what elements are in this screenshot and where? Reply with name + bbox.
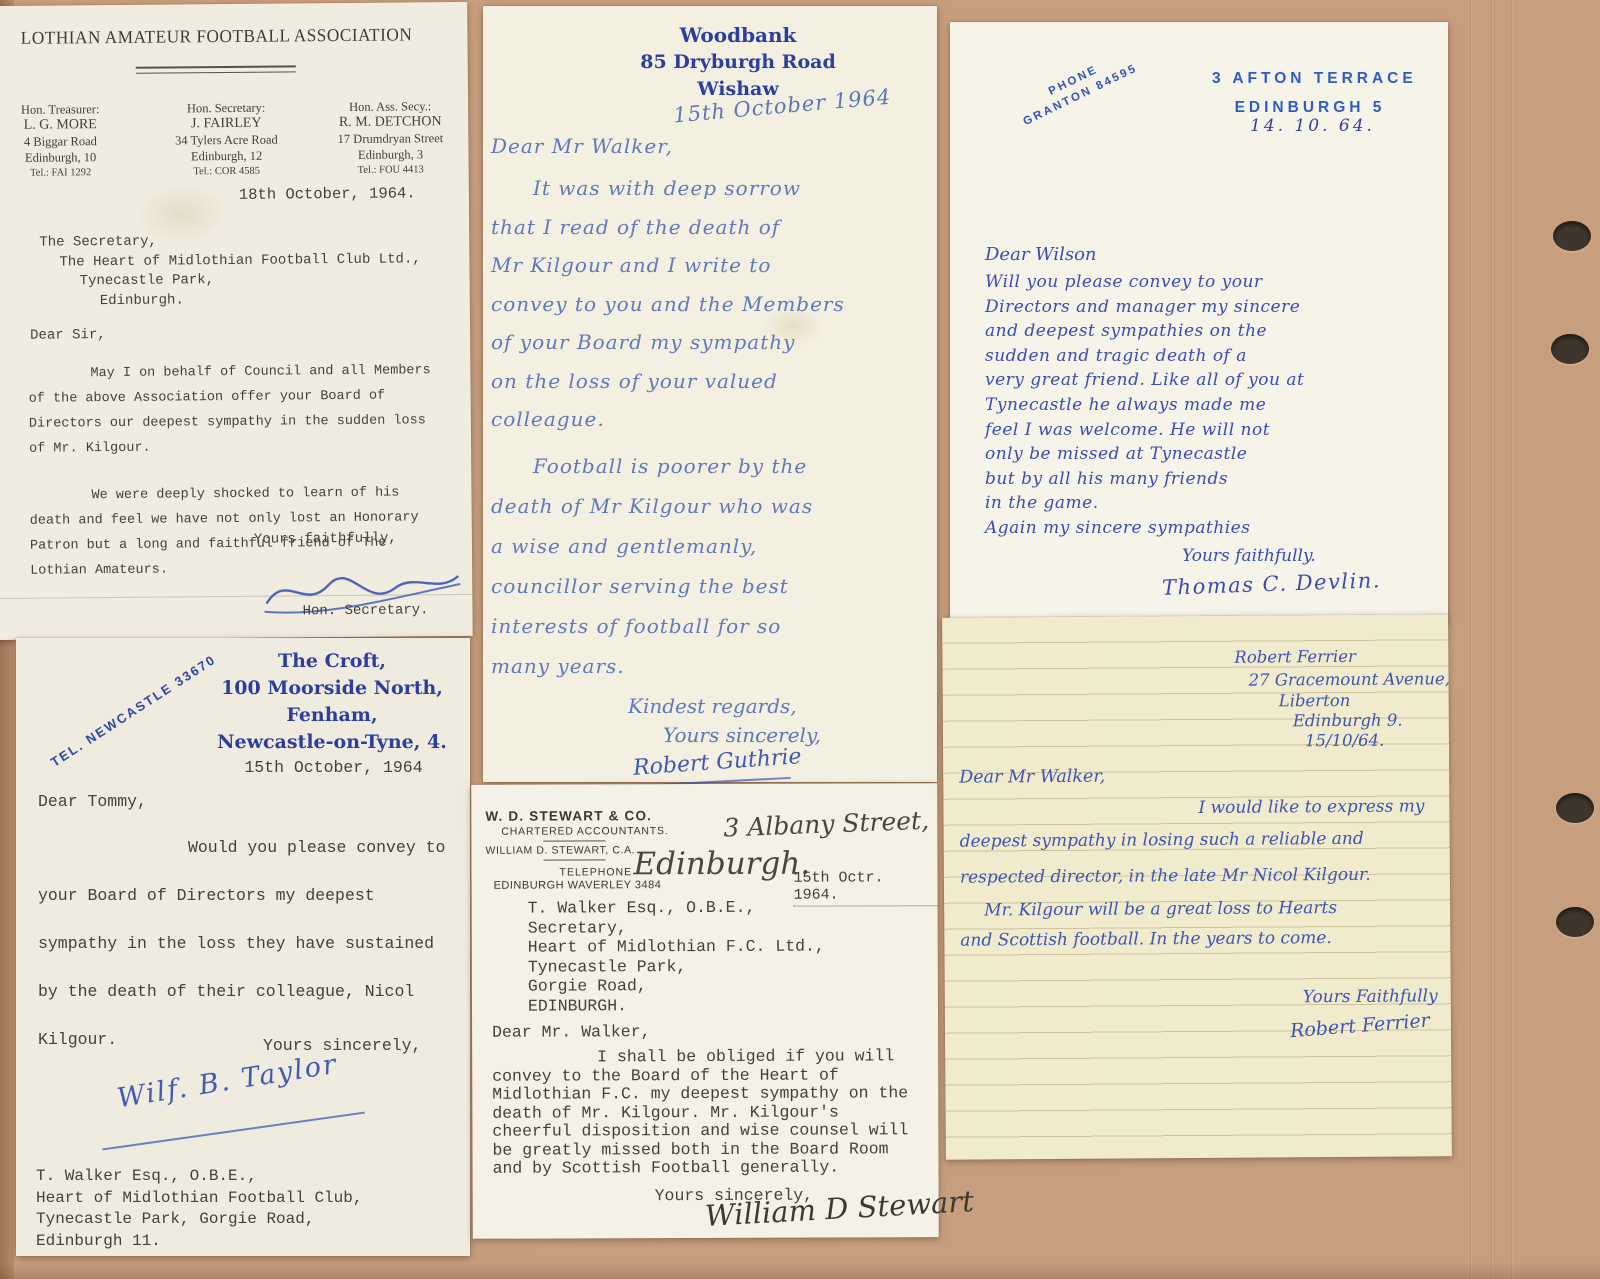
recipient-line: Edinburgh 11. [36, 1231, 362, 1253]
recipient-line: Secretary, [528, 917, 825, 938]
officer-address: Edinburgh, 10 [0, 149, 131, 166]
sender-line: Liberton [1235, 690, 1451, 712]
body-line: but by all his many friends [985, 469, 1304, 494]
salutation: Dear Mr Walker, [491, 134, 673, 158]
closing: Yours faithfully, [254, 531, 397, 548]
closing: Yours sincerely, [263, 1036, 421, 1055]
officer-address: Edinburgh, 3 [316, 146, 464, 163]
officer-role: Hon. Secretary: [136, 99, 316, 117]
body-line: Tynecastle he always made me [985, 395, 1304, 420]
salutation: Dear Mr Walker, [959, 767, 1105, 788]
salutation: Dear Tommy, [38, 792, 147, 811]
sender-address: The Croft, 100 Moorside North, Fenham, N… [198, 648, 466, 756]
closing: Yours Faithfully [1303, 986, 1438, 1007]
recipient-line: Tynecastle Park, Gorgie Road, [36, 1209, 362, 1231]
punch-hole [1551, 334, 1589, 364]
address-line: Fenham, [198, 702, 466, 729]
body-line: a wise and gentlemanly, [491, 534, 813, 574]
officer-role: Hon. Treasurer: [0, 101, 130, 118]
recipient-line: EDINBURGH. [528, 995, 825, 1016]
recipient-line: The Heart of Midlothian Football Club Lt… [39, 250, 420, 273]
body-line: on the loss of your valued [491, 369, 845, 408]
signature: Robert Guthrie [632, 744, 802, 781]
recipient-line: Heart of Midlothian F.C. Ltd., [528, 937, 825, 958]
principal-name: WILLIAM D. STEWART, C.A. [485, 844, 635, 857]
officer-secretary: Hon. Secretary: J. FAIRLEY 34 Tylers Acr… [136, 99, 317, 181]
recipient-address: The Secretary, The Heart of Midlothian F… [39, 230, 421, 311]
body-paragraph: It was with deep sorrow that I read of t… [491, 176, 845, 446]
salutation: Dear Wilson [985, 244, 1097, 265]
body-line: councillor serving the best [491, 574, 813, 614]
signature: Robert Ferrier [1289, 1010, 1430, 1043]
letter-date: 18th October, 1964. [239, 184, 416, 204]
recipient-line: Gorgie Road, [528, 976, 825, 997]
officer-telephone: Tel.: COR 4585 [137, 163, 317, 181]
letterhead-rule [543, 859, 605, 860]
body-line: colleague. [491, 407, 845, 446]
body-line: It was with deep sorrow [491, 176, 845, 215]
letterhead-title: LOTHIAN AMATEUR FOOTBALL ASSOCIATION [4, 24, 428, 49]
body-paragraph: Will you please convey to your Directors… [985, 272, 1304, 543]
firm-name: W. D. STEWART & CO. [485, 808, 652, 824]
signature: Thomas C. Devlin. [1162, 568, 1382, 600]
address-line: Woodbank [593, 22, 883, 49]
regards: Kindest regards, [628, 694, 797, 718]
body-line: interests of football for so [491, 614, 813, 654]
address-line: Newcastle-on-Tyne, 4. [198, 729, 466, 756]
body-line: Directors and manager my sincere [985, 297, 1304, 322]
body-paragraph: May I on behalf of Council and all Membe… [28, 358, 443, 462]
punch-hole [1556, 907, 1594, 937]
officer-telephone: Tel.: FOU 4413 [317, 162, 465, 179]
signature-flourish [102, 1112, 365, 1151]
officer-address: 4 Biggar Road [0, 133, 130, 150]
officer-address: Edinburgh, 12 [136, 147, 316, 165]
body-line: Again my sincere sympathies [985, 518, 1304, 543]
double-rule [136, 65, 296, 73]
phone-stamp-line: PHONE [994, 36, 1154, 125]
letterhead-address: 3 AFTON TERRACE EDINBURGH 5 [1212, 64, 1408, 122]
body-line: I would like to express my [1198, 796, 1424, 818]
body-line: very great friend. Like all of you at [985, 370, 1304, 395]
sender-line: Edinburgh 9. [1235, 710, 1451, 732]
address-line: 85 Dryburgh Road [593, 49, 883, 76]
letter-date: 14. 10. 64. [1250, 116, 1375, 136]
punch-hole [1553, 221, 1591, 251]
recipient-address: T. Walker Esq., O.B.E., Secretary, Heart… [528, 898, 825, 1016]
officer-address: 17 Drumdryan Street [316, 130, 464, 147]
address-line: 3 AFTON TERRACE [1212, 64, 1408, 93]
body-paragraph: I shall be obliged if you will convey to… [492, 1047, 920, 1178]
body-line: only be missed at Tynecastle [985, 444, 1304, 469]
punch-hole [1556, 793, 1594, 823]
signoff-role: Hon. Secretary. [302, 602, 428, 619]
closing: Yours faithfully. [1182, 546, 1316, 566]
page-bottom-shadow [0, 1263, 1600, 1279]
body-line: in the game. [985, 493, 1304, 518]
body-paragraph: Would you please convey to your Board of… [38, 824, 462, 1064]
page-crease [1491, 0, 1493, 1279]
sender-line: 27 Gracemount Avenue, [1234, 667, 1450, 692]
officer-name: L. G. MORE [0, 117, 130, 134]
body-line: feel I was welcome. He will not [985, 420, 1304, 445]
letter-afton: PHONE GRANTON 84595 3 AFTON TERRACE EDIN… [950, 22, 1448, 622]
sender-line: Robert Ferrier [1234, 644, 1450, 669]
body-line: Football is poorer by the [491, 454, 813, 494]
body-paragraph: Football is poorer by the death of Mr Ki… [491, 454, 813, 694]
sender-address: Robert Ferrier 27 Gracemount Avenue, Lib… [1234, 644, 1450, 752]
body-line: sudden and tragic death of a [985, 346, 1304, 371]
letter-lothian: LOTHIAN AMATEUR FOOTBALL ASSOCIATION Hon… [0, 2, 473, 640]
page-crease [1511, 0, 1513, 1279]
body-line: Mr. Kilgour will be a great loss to Hear… [984, 898, 1337, 920]
officer-name: R. M. DETCHON [316, 114, 464, 131]
letter-stewart: W. D. STEWART & CO. CHARTERED ACCOUNTANT… [471, 783, 939, 1239]
letterhead-city: Edinburgh. [633, 846, 810, 883]
officer-address: 34 Tylers Acre Road [136, 131, 316, 149]
telephone-label: TELEPHONE [559, 866, 632, 878]
letter-ferrier: Robert Ferrier 27 Gracemount Avenue, Lib… [942, 614, 1452, 1160]
officer-name: J. FAIRLEY [136, 115, 316, 133]
body-line: many years. [491, 654, 813, 694]
body-line: and Scottish football. In the years to c… [960, 928, 1332, 951]
body-line: that I read of the death of [491, 215, 845, 254]
letterhead-rule [543, 840, 605, 841]
phone-stamp: PHONE GRANTON 84595 [994, 36, 1161, 139]
salutation: Dear Mr. Walker, [492, 1022, 651, 1042]
body-line: respected director, in the late Mr Nicol… [960, 865, 1371, 888]
address-line: The Croft, [198, 648, 466, 675]
recipient-line: T. Walker Esq., O.B.E., [36, 1166, 362, 1188]
body-line: death of Mr Kilgour who was [491, 494, 813, 534]
firm-type: CHARTERED ACCOUNTANTS. [501, 825, 668, 838]
letterhead-street: 3 Albany Street, [723, 806, 930, 843]
officer-telephone: Tel.: FAI 1292 [0, 165, 131, 182]
officer-assistant-secretary: Hon. Ass. Secy.: R. M. DETCHON 17 Drumdr… [316, 98, 465, 179]
body-line: convey to you and the Members [491, 292, 845, 331]
recipient-address: T. Walker Esq., O.B.E., Heart of Midloth… [36, 1166, 362, 1252]
recipient-line: Tynecastle Park, [528, 956, 825, 977]
body-line: deepest sympathy in losing such a reliab… [960, 829, 1364, 852]
salutation: Dear Sir, [30, 327, 106, 344]
address-line: 100 Moorside North, [198, 675, 466, 702]
letter-woodbank: Woodbank 85 Dryburgh Road Wishaw 15th Oc… [483, 6, 937, 782]
recipient-line: Heart of Midlothian Football Club, [36, 1188, 362, 1210]
letter-date: 15th October, 1964 [201, 758, 466, 777]
telephone-stamp: TEL. NEWCASTLE 33670 [48, 652, 219, 770]
scrapbook-page: LOTHIAN AMATEUR FOOTBALL ASSOCIATION Hon… [0, 0, 1600, 1279]
letter-date: 15/10/64. [1235, 730, 1451, 752]
recipient-line: T. Walker Esq., O.B.E., [528, 898, 825, 919]
officer-treasurer: Hon. Treasurer: L. G. MORE 4 Biggar Road… [0, 101, 131, 182]
body-line: and deepest sympathies on the [985, 321, 1304, 346]
body-line: of your Board my sympathy [491, 330, 845, 369]
body-line: Mr Kilgour and I write to [491, 253, 845, 292]
letter-croft: TEL. NEWCASTLE 33670 The Croft, 100 Moor… [16, 638, 470, 1256]
recipient-line: Edinburgh. [40, 289, 421, 312]
body-line: Will you please convey to your [985, 272, 1304, 297]
officer-role: Hon. Ass. Secy.: [316, 98, 464, 115]
page-crease [1470, 0, 1472, 1279]
